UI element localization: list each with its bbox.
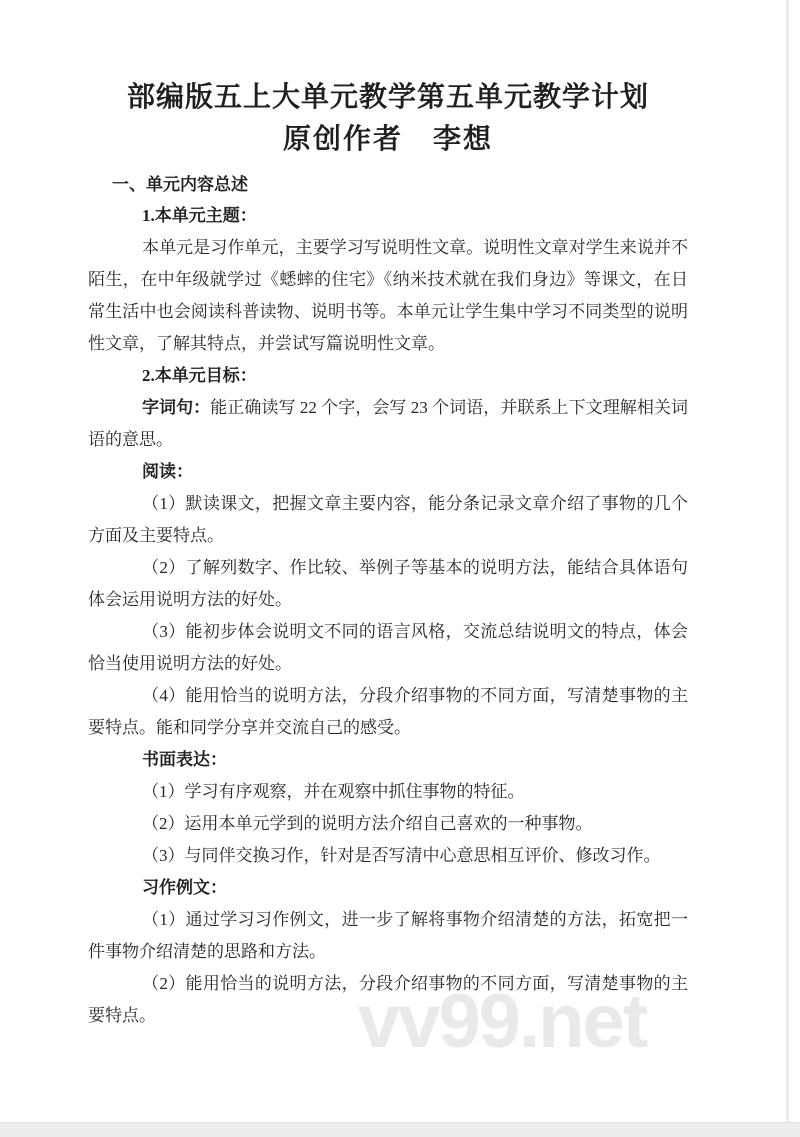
paragraph-reading-1: （1）默读课文，把握文章主要内容，能分条记录文章介绍了事物的几个方面及主要特点。	[88, 488, 688, 552]
paragraph-written-1: （1）学习有序观察，并在观察中抓住事物的特征。	[88, 776, 688, 808]
paragraph-written-3: （3）与同伴交换习作，针对是否写清中心意思相互评价、修改习作。	[88, 840, 688, 872]
sub-heading-unit-theme: 1.本单元主题：	[88, 200, 688, 232]
sub-heading-example-essays: 习作例文：	[88, 872, 688, 904]
watermark: vv99.net	[358, 978, 646, 1065]
document-page: 部编版五上大单元教学第五单元教学计划 原创作者 李想 一、单元内容总述 1.本单…	[0, 0, 800, 1137]
document-content: 部编版五上大单元教学第五单元教学计划 原创作者 李想 一、单元内容总述 1.本单…	[0, 0, 800, 1032]
paragraph-example-1: （1）通过学习习作例文，进一步了解将事物介绍清楚的方法，拓宽把一件事物介绍清楚的…	[88, 904, 688, 968]
paragraph-words-phrases: 字词句：能正确读写 22 个字，会写 23 个词语，并联系上下文理解相关词语的意…	[88, 392, 688, 456]
paragraph-reading-3: （3）能初步体会说明文不同的语言风格，交流总结说明文的特点，体会恰当使用说明方法…	[88, 616, 688, 680]
paragraph-unit-theme: 本单元是习作单元，主要学习写说明性文章。说明性文章对学生来说并不陌生，在中年级就…	[88, 232, 688, 360]
sub-heading-unit-goals: 2.本单元目标：	[88, 360, 688, 392]
sub-heading-written-expression: 书面表达：	[88, 744, 688, 776]
page-right-edge-line	[786, 0, 789, 1122]
page-bottom-strip	[0, 1122, 800, 1137]
paragraph-written-2: （2）运用本单元学到的说明方法介绍自己喜欢的一种事物。	[88, 808, 688, 840]
paragraph-reading-2: （2）了解列数字、作比较、举例子等基本的说明方法，能结合具体语句体会运用说明方法…	[88, 552, 688, 616]
sub-heading-reading: 阅读：	[88, 456, 688, 488]
document-title: 部编版五上大单元教学第五单元教学计划	[88, 76, 688, 118]
section-heading-unit-overview: 一、单元内容总述	[112, 170, 688, 200]
document-author-line: 原创作者 李想	[88, 118, 688, 160]
label-words-phrases: 字词句：	[142, 398, 210, 417]
paragraph-reading-4: （4）能用恰当的说明方法，分段介绍事物的不同方面，写清楚事物的主要特点。能和同学…	[88, 680, 688, 744]
